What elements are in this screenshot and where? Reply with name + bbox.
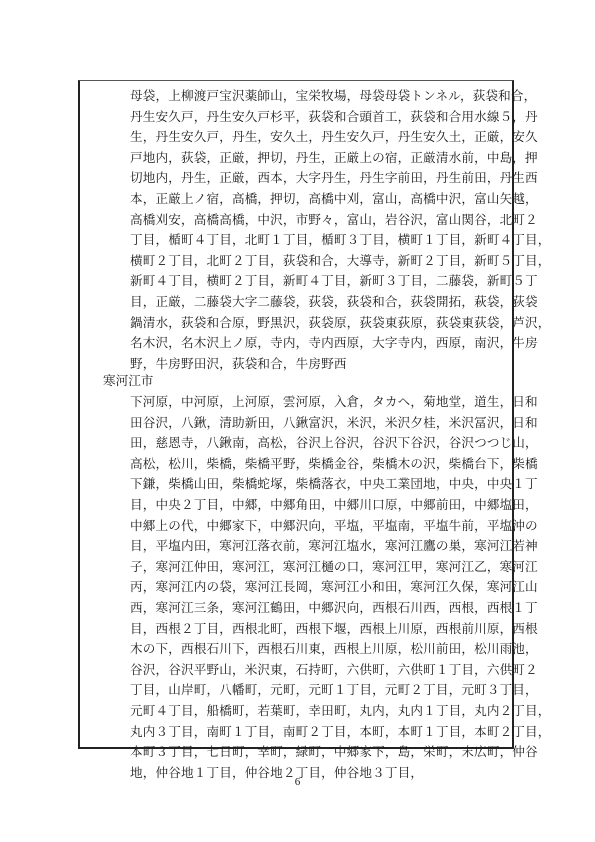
text-line: 鍋清水，荻袋和合原，野黒沢，荻袋原，荻袋東荻原，荻袋東荻袋，芦沢， <box>130 313 506 334</box>
text-line: 木の下，西根石川下，西根石川東，西根上川原，松川前田，松川雨池， <box>130 639 506 660</box>
text-line: 丁目，楯町４丁目，北町１丁目，楯町３丁目，横町１丁目，新町４丁目， <box>130 230 506 251</box>
place-list-continued: 母袋，上柳渡戸宝沢薬師山，宝栄牧場，母袋母袋トンネル，荻袋和合，丹生安久戸，丹生… <box>130 86 506 374</box>
text-line: 下鎌，柴橋山田，柴橋蛇塚，柴橋落衣，中央工業団地，中央，中央１丁 <box>130 474 506 495</box>
text-line: 丸内３丁目，南町１丁目，南町２丁目，本町，本町１丁目，本町２丁目， <box>130 722 506 743</box>
text-line: 本，正厳上ノ宿，高橋，押切，高橋中刈，富山，高橋中沢，富山矢越， <box>130 189 506 210</box>
text-line: 横町２丁目，北町２丁目，荻袋和合，大導寺，新町２丁目，新町５丁目， <box>130 251 506 272</box>
text-line: 生，丹生安久戸，丹生，安久土，丹生安久戸，丹生安久土，正厳，安久 <box>130 127 506 148</box>
text-line: 名木沢，名木沢上ノ原，寺内，寺内西原，大字寺内，西原，南沢，牛房 <box>130 333 506 354</box>
page-number: 6 <box>0 776 595 788</box>
text-line: 田，慈恩寺，八鍬南，高松，谷沢上谷沢，谷沢下谷沢，谷沢つつじ山， <box>130 433 506 454</box>
text-line: 谷沢，谷沢平野山，米沢東，石持町，六供町，六供町１丁目，六供町２ <box>130 660 506 681</box>
text-line: 本町３丁目，七日町，幸町，緑町，中郷家下，島，栄町，末広町，仲谷 <box>130 742 506 763</box>
text-line: 切地内，丹生，正厳，西本，大字丹生，丹生字前田，丹生前田，丹生西 <box>130 168 506 189</box>
text-line: 高松，松川，柴橋，柴橋平野，柴橋金谷，柴橋木の沢，柴橋台下，柴橋 <box>130 454 506 475</box>
text-line: 子，寒河江仲田，寒河江，寒河江樋の口，寒河江甲，寒河江乙，寒河江 <box>130 557 506 578</box>
place-list-sagae: 下河原，中河原，上河原，雲河原，入倉，タカヘ，菊地堂，道生，日和田谷沢，八鍬，清… <box>130 392 506 783</box>
text-line: 丹生安久戸，丹生安久戸杉平，荻袋和合頭首工，荻袋和合用水線５，丹 <box>130 107 506 128</box>
text-line: 目，平塩内田，寒河江落衣前，寒河江塩水，寒河江鷹の巣，寒河江若神 <box>130 536 506 557</box>
text-line: 目，正厳，二藤袋大字二藤袋，荻袋，荻袋和合，荻袋開拓，萩袋，荻袋 <box>130 292 506 313</box>
text-line: 中郷上の代，中郷家下，中郷沢向，平塩，平塩南，平塩牛前，平塩沖の <box>130 516 506 537</box>
text-line: 田谷沢，八鍬，清助新田，八鍬富沢，米沢，米沢夕桂，米沢冨沢，日和 <box>130 413 506 434</box>
city-heading-sagae: 寒河江市 <box>103 371 153 392</box>
text-line: 野，牛房野田沢，荻袋和合，牛房野西 <box>130 354 506 375</box>
text-line: 西，寒河江三条，寒河江鶴田，中郷沢向，西根石川西，西根，西根１丁 <box>130 598 506 619</box>
text-line: 高橋刈安，高橋高橋，中沢，市野々，富山，岩谷沢，富山関谷，北町２ <box>130 210 506 231</box>
text-line: 丙，寒河江内の袋，寒河江長岡，寒河江小和田，寒河江久保，寒河江山 <box>130 577 506 598</box>
text-line: 新町４丁目，横町２丁目，新町４丁目，新町３丁目，二藤袋，新町５丁 <box>130 271 506 292</box>
text-line: 元町４丁目，船橋町，若葉町，幸田町，丸内，丸内１丁目，丸内２丁目， <box>130 701 506 722</box>
text-line: 戸地内，荻袋，正厳，押切，丹生，正厳上の宿，正厳清水前，中島，押 <box>130 148 506 169</box>
text-line: 母袋，上柳渡戸宝沢薬師山，宝栄牧場，母袋母袋トンネル，荻袋和合， <box>130 86 506 107</box>
text-line: 目，西根２丁目，西根北町，西根下堰，西根上川原，西根前川原，西根 <box>130 619 506 640</box>
text-line: 目，中央２丁目，中郷，中郷角田，中郷川口原，中郷前田，中郷塩田， <box>130 495 506 516</box>
text-line: 下河原，中河原，上河原，雲河原，入倉，タカヘ，菊地堂，道生，日和 <box>130 392 506 413</box>
text-line: 丁目，山岸町，八幡町，元町，元町１丁目，元町２丁目，元町３丁目， <box>130 680 506 701</box>
